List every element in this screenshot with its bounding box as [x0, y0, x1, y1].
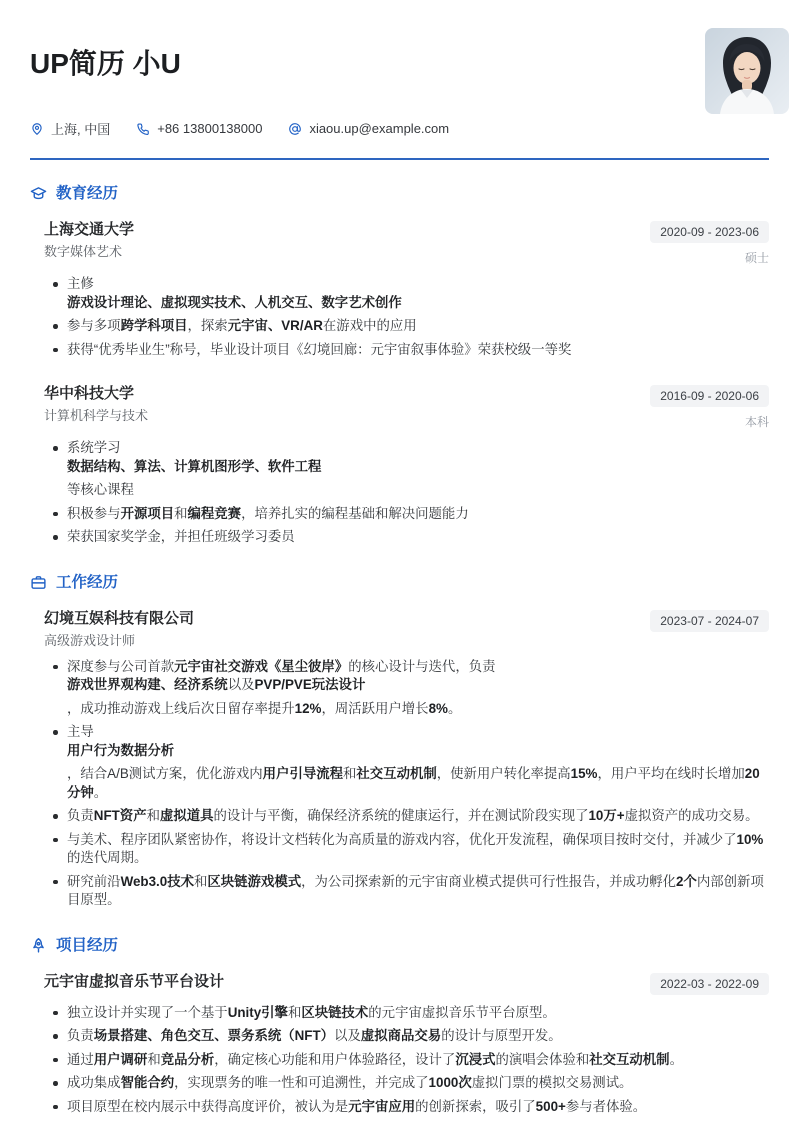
resume-body: 教育经历 上海交通大学 数字媒体艺术 2020-09 - 2023-06 硕士 …: [30, 184, 769, 1116]
section-entries: 元宇宙虚拟音乐节平台设计 2022-03 - 2022-09 独立设计并实现了一…: [30, 973, 769, 1117]
text-run: 积极参与: [67, 506, 121, 521]
bold-text-run: PVP/PVE玩法设计: [254, 677, 365, 692]
bullet-item: 积极参与开源项目和编程竞赛，培养扎实的编程基础和解决问题能力: [44, 505, 769, 524]
date-badge: 2020-09 - 2023-06: [650, 221, 769, 243]
text-run: ，使新用户转化率提高: [437, 766, 571, 781]
text-run: 参与者体验。: [566, 1099, 646, 1114]
bold-text-run: 智能合约: [121, 1075, 175, 1090]
bullet-item: 通过用户调研和竞品分析，确定核心功能和用户体验路径，设计了沉浸式的演唱会体验和社…: [44, 1051, 769, 1070]
bullet-item: 与美术、程序团队紧密协作，将设计文档转化为高质量的游戏内容，优化开发流程，确保项…: [44, 831, 769, 868]
text-run: 以及: [228, 677, 255, 692]
bold-text-run: 虚拟道具: [160, 808, 214, 823]
text-run: 虚拟门票的模拟交易测试。: [472, 1075, 633, 1090]
text-run: ，培养扎实的编程基础和解决问题能力: [241, 506, 469, 521]
paragraph-break: [67, 695, 769, 700]
phone-icon: [136, 122, 150, 136]
entry-header: 元宇宙虚拟音乐节平台设计 2022-03 - 2022-09: [44, 973, 769, 995]
bold-text-run: 场景搭建、角色交互、票务系统（NFT）: [94, 1028, 334, 1043]
bold-text-run: 1000次: [429, 1075, 472, 1090]
bullet-item: 系统学习数据结构、算法、计算机图形学、软件工程等核心课程: [44, 439, 769, 500]
bold-text-run: 虚拟商品交易: [361, 1028, 441, 1043]
text-run: 荣获国家奖学金，并担任班级学习委员: [67, 529, 295, 544]
text-run: ，周活跃用户增长: [321, 701, 428, 716]
entry-header-right: 2022-03 - 2022-09: [650, 973, 769, 995]
text-run: 项目原型在校内展示中获得高度评价，被认为是: [67, 1099, 348, 1114]
text-run: 研究前沿: [67, 874, 121, 889]
text-run: 系统学习: [67, 440, 121, 455]
bold-text-run: NFT资产: [94, 808, 147, 823]
text-run: ，为公司探索新的元宇宙商业模式提供可行性报告，并成功孵化: [301, 874, 676, 889]
entry-header-right: 2016-09 - 2020-06 本科: [650, 385, 769, 430]
text-run: 深度参与公司首款: [67, 659, 174, 674]
bullet-item: 负责NFT资产和虚拟道具的设计与平衡，确保经济系统的健康运行，并在测试阶段实现了…: [44, 807, 769, 826]
text-run: 和: [343, 766, 356, 781]
text-run: 参与多项: [67, 318, 121, 333]
text-run: ，用户平均在线时长增加: [597, 766, 744, 781]
bold-text-run: Unity引擎: [228, 1005, 288, 1020]
text-run: 和: [288, 1005, 301, 1020]
bullet-list: 系统学习数据结构、算法、计算机图形学、软件工程等核心课程积极参与开源项目和编程竞…: [44, 439, 769, 547]
email-icon: [288, 122, 302, 136]
bold-text-run: 元宇宙应用: [348, 1099, 415, 1114]
bullet-item: 参与多项跨学科项目，探索元宇宙、VR/AR在游戏中的应用: [44, 317, 769, 336]
contact-row: 上海, 中国 +86 13800138000 xiaou.up@example.…: [30, 119, 769, 138]
bold-text-run: Web3.0技术: [121, 874, 194, 889]
bold-text-run: 数据结构、算法、计算机图形学、软件工程: [67, 459, 321, 474]
text-run: 。: [94, 785, 107, 800]
resume-entry: 上海交通大学 数字媒体艺术 2020-09 - 2023-06 硕士 主修游戏设…: [44, 221, 769, 359]
bullet-list: 深度参与公司首款元宇宙社交游戏《星尘彼岸》的核心设计与迭代，负责游戏世界观构建、…: [44, 658, 769, 910]
bullet-item: 成功集成智能合约，实现票务的唯一性和可追溯性，并完成了1000次虚拟门票的模拟交…: [44, 1074, 769, 1093]
portrait-photo-illustration: [705, 28, 789, 114]
bullet-item: 获得“优秀毕业生”称号，毕业设计项目《幻境回廊：元宇宙叙事体验》荣获校级一等奖: [44, 341, 769, 360]
date-badge: 2022-03 - 2022-09: [650, 973, 769, 995]
bold-text-run: 15%: [571, 766, 598, 781]
resume-section: 工作经历 幻境互娱科技有限公司 高级游戏设计师 2023-07 - 2024-0…: [30, 573, 769, 910]
text-run: 的设计与平衡，确保经济系统的健康运行，并在测试阶段实现了: [214, 808, 589, 823]
contact-email: xiaou.up@example.com: [288, 121, 449, 136]
bullet-item: 主导用户行为数据分析，结合A/B测试方案，优化游戏内用户引导流程和社交互动机制，…: [44, 723, 769, 802]
text-run: 获得“优秀毕业生”称号，毕业设计项目《幻境回廊：元宇宙叙事体验》荣获校级一等奖: [67, 342, 571, 357]
entry-header-right: 2020-09 - 2023-06 硕士: [650, 221, 769, 266]
text-run: 独立设计并实现了一个基于: [67, 1005, 228, 1020]
contact-location-text: 上海, 中国: [51, 119, 110, 138]
graduation-cap-icon: [30, 185, 47, 202]
paragraph-break: [67, 476, 769, 481]
rocket-icon: [30, 937, 47, 954]
bullet-item: 项目原型在校内展示中获得高度评价，被认为是元宇宙应用的创新探索，吸引了500+参…: [44, 1098, 769, 1117]
bold-text-run: 用户行为数据分析: [67, 743, 174, 758]
text-run: 虚拟资产的成功交易。: [625, 808, 759, 823]
bullet-list: 主修游戏设计理论、虚拟现实技术、人机交互、数字艺术创作参与多项跨学科项目，探索元…: [44, 275, 769, 359]
bullet-item: 独立设计并实现了一个基于Unity引擎和区块链技术的元宇宙虚拟音乐节平台原型。: [44, 1004, 769, 1023]
resume-entry: 元宇宙虚拟音乐节平台设计 2022-03 - 2022-09 独立设计并实现了一…: [44, 973, 769, 1117]
text-run: 主修: [67, 276, 94, 291]
header-divider: [30, 158, 769, 160]
bold-text-run: 游戏世界观构建、经济系统: [67, 677, 228, 692]
entry-title: 幻境互娱科技有限公司: [44, 610, 194, 628]
entry-header: 幻境互娱科技有限公司 高级游戏设计师 2023-07 - 2024-07: [44, 610, 769, 649]
bold-text-run: 10%: [737, 832, 764, 847]
text-run: 以及: [334, 1028, 361, 1043]
section-title: 教育经历: [56, 184, 118, 203]
bold-text-run: 500+: [536, 1099, 566, 1114]
degree-label: 本科: [745, 413, 769, 430]
text-run: 的演唱会体验和: [496, 1052, 590, 1067]
resume-section: 项目经历 元宇宙虚拟音乐节平台设计 2022-03 - 2022-09 独立设计…: [30, 936, 769, 1117]
bullet-item: 主修游戏设计理论、虚拟现实技术、人机交互、数字艺术创作: [44, 275, 769, 312]
text-run: 通过: [67, 1052, 94, 1067]
section-header: 教育经历: [30, 184, 769, 203]
text-run: 。: [448, 701, 461, 716]
text-run: 。: [670, 1052, 683, 1067]
entry-header-right: 2023-07 - 2024-07: [650, 610, 769, 632]
section-entries: 幻境互娱科技有限公司 高级游戏设计师 2023-07 - 2024-07 深度参…: [30, 610, 769, 910]
entry-subtitle: 高级游戏设计师: [44, 633, 194, 649]
bold-text-run: 区块链技术: [301, 1005, 368, 1020]
section-title: 工作经历: [56, 573, 118, 592]
entry-title: 上海交通大学: [44, 221, 134, 239]
section-header: 工作经历: [30, 573, 769, 592]
avatar: [705, 28, 789, 114]
contact-phone-text: +86 13800138000: [157, 121, 262, 136]
text-run: 等核心课程: [67, 482, 134, 497]
bold-text-run: 8%: [429, 701, 448, 716]
contact-phone: +86 13800138000: [136, 121, 262, 136]
text-run: 的迭代周期。: [67, 850, 147, 865]
text-run: 的核心设计与迭代，负责: [348, 659, 495, 674]
bold-text-run: 元宇宙、VR/AR: [228, 318, 323, 333]
section-entries: 上海交通大学 数字媒体艺术 2020-09 - 2023-06 硕士 主修游戏设…: [30, 221, 769, 547]
contact-location: 上海, 中国: [30, 119, 110, 138]
briefcase-icon: [30, 574, 47, 591]
contact-email-text: xiaou.up@example.com: [309, 121, 449, 136]
text-run: 和: [174, 506, 187, 521]
text-run: 在游戏中的应用: [323, 318, 417, 333]
text-run: 和: [194, 874, 207, 889]
resume-header: UP简历 小U: [30, 0, 769, 160]
bold-text-run: 12%: [295, 701, 322, 716]
bold-text-run: 10万+: [588, 808, 624, 823]
entry-header-left: 元宇宙虚拟音乐节平台设计: [44, 973, 224, 991]
text-run: 与美术、程序团队紧密协作，将设计文档转化为高质量的游戏内容，优化开发流程，确保项…: [67, 832, 737, 847]
entry-subtitle: 数字媒体艺术: [44, 244, 134, 260]
location-icon: [30, 122, 44, 136]
text-run: 负责: [67, 1028, 94, 1043]
entry-header-left: 幻境互娱科技有限公司 高级游戏设计师: [44, 610, 194, 649]
text-run: ，结合A/B测试方案，优化游戏内: [67, 766, 263, 781]
entry-header: 上海交通大学 数字媒体艺术 2020-09 - 2023-06 硕士: [44, 221, 769, 266]
bold-text-run: 元宇宙社交游戏《星尘彼岸》: [174, 659, 348, 674]
text-run: ，成功推动游戏上线后次日留存率提升: [67, 701, 295, 716]
degree-label: 硕士: [745, 249, 769, 266]
bold-text-run: 开源项目: [121, 506, 175, 521]
bold-text-run: 用户引导流程: [263, 766, 343, 781]
resume-section: 教育经历 上海交通大学 数字媒体艺术 2020-09 - 2023-06 硕士 …: [30, 184, 769, 547]
paragraph-break: [67, 760, 769, 765]
bullet-item: 荣获国家奖学金，并担任班级学习委员: [44, 528, 769, 547]
bold-text-run: 社交互动机制: [589, 1052, 669, 1067]
page-title: UP简历 小U: [30, 0, 769, 81]
bold-text-run: 游戏设计理论、虚拟现实技术、人机交互、数字艺术创作: [67, 295, 402, 310]
bold-text-run: 跨学科项目: [121, 318, 188, 333]
bold-text-run: 区块链游戏模式: [207, 874, 301, 889]
entry-subtitle: 计算机科学与技术: [44, 408, 148, 424]
resume-entry: 华中科技大学 计算机科学与技术 2016-09 - 2020-06 本科 系统学…: [44, 385, 769, 547]
bullet-list: 独立设计并实现了一个基于Unity引擎和区块链技术的元宇宙虚拟音乐节平台原型。负…: [44, 1004, 769, 1117]
text-run: 成功集成: [67, 1075, 121, 1090]
entry-header: 华中科技大学 计算机科学与技术 2016-09 - 2020-06 本科: [44, 385, 769, 430]
text-run: 主导: [67, 724, 94, 739]
text-run: ，探索: [188, 318, 228, 333]
bullet-item: 负责场景搭建、角色交互、票务系统（NFT）以及虚拟商品交易的设计与原型开发。: [44, 1027, 769, 1046]
text-run: 的创新探索，吸引了: [415, 1099, 536, 1114]
text-run: 的元宇宙虚拟音乐节平台原型。: [368, 1005, 555, 1020]
section-title: 项目经历: [56, 936, 118, 955]
bold-text-run: 竞品分析: [161, 1052, 215, 1067]
bullet-item: 深度参与公司首款元宇宙社交游戏《星尘彼岸》的核心设计与迭代，负责游戏世界观构建、…: [44, 658, 769, 719]
bold-text-run: 沉浸式: [455, 1052, 495, 1067]
section-header: 项目经历: [30, 936, 769, 955]
resume-entry: 幻境互娱科技有限公司 高级游戏设计师 2023-07 - 2024-07 深度参…: [44, 610, 769, 910]
bullet-item: 研究前沿Web3.0技术和区块链游戏模式，为公司探索新的元宇宙商业模式提供可行性…: [44, 873, 769, 910]
text-run: 负责: [67, 808, 94, 823]
bold-text-run: 社交互动机制: [356, 766, 436, 781]
text-run: 和: [147, 1052, 160, 1067]
text-run: 和: [147, 808, 160, 823]
date-badge: 2023-07 - 2024-07: [650, 610, 769, 632]
entry-header-left: 华中科技大学 计算机科学与技术: [44, 385, 148, 424]
bold-text-run: 编程竞赛: [188, 506, 242, 521]
entry-header-left: 上海交通大学 数字媒体艺术: [44, 221, 134, 260]
resume-page: UP简历 小U: [0, 0, 799, 1130]
date-badge: 2016-09 - 2020-06: [650, 385, 769, 407]
bold-text-run: 2个: [676, 874, 697, 889]
text-run: ，确定核心功能和用户体验路径，设计了: [214, 1052, 455, 1067]
entry-title: 元宇宙虚拟音乐节平台设计: [44, 973, 224, 991]
text-run: 的设计与原型开发。: [441, 1028, 562, 1043]
bold-text-run: 用户调研: [94, 1052, 148, 1067]
text-run: ，实现票务的唯一性和可追溯性，并完成了: [174, 1075, 428, 1090]
entry-title: 华中科技大学: [44, 385, 148, 403]
